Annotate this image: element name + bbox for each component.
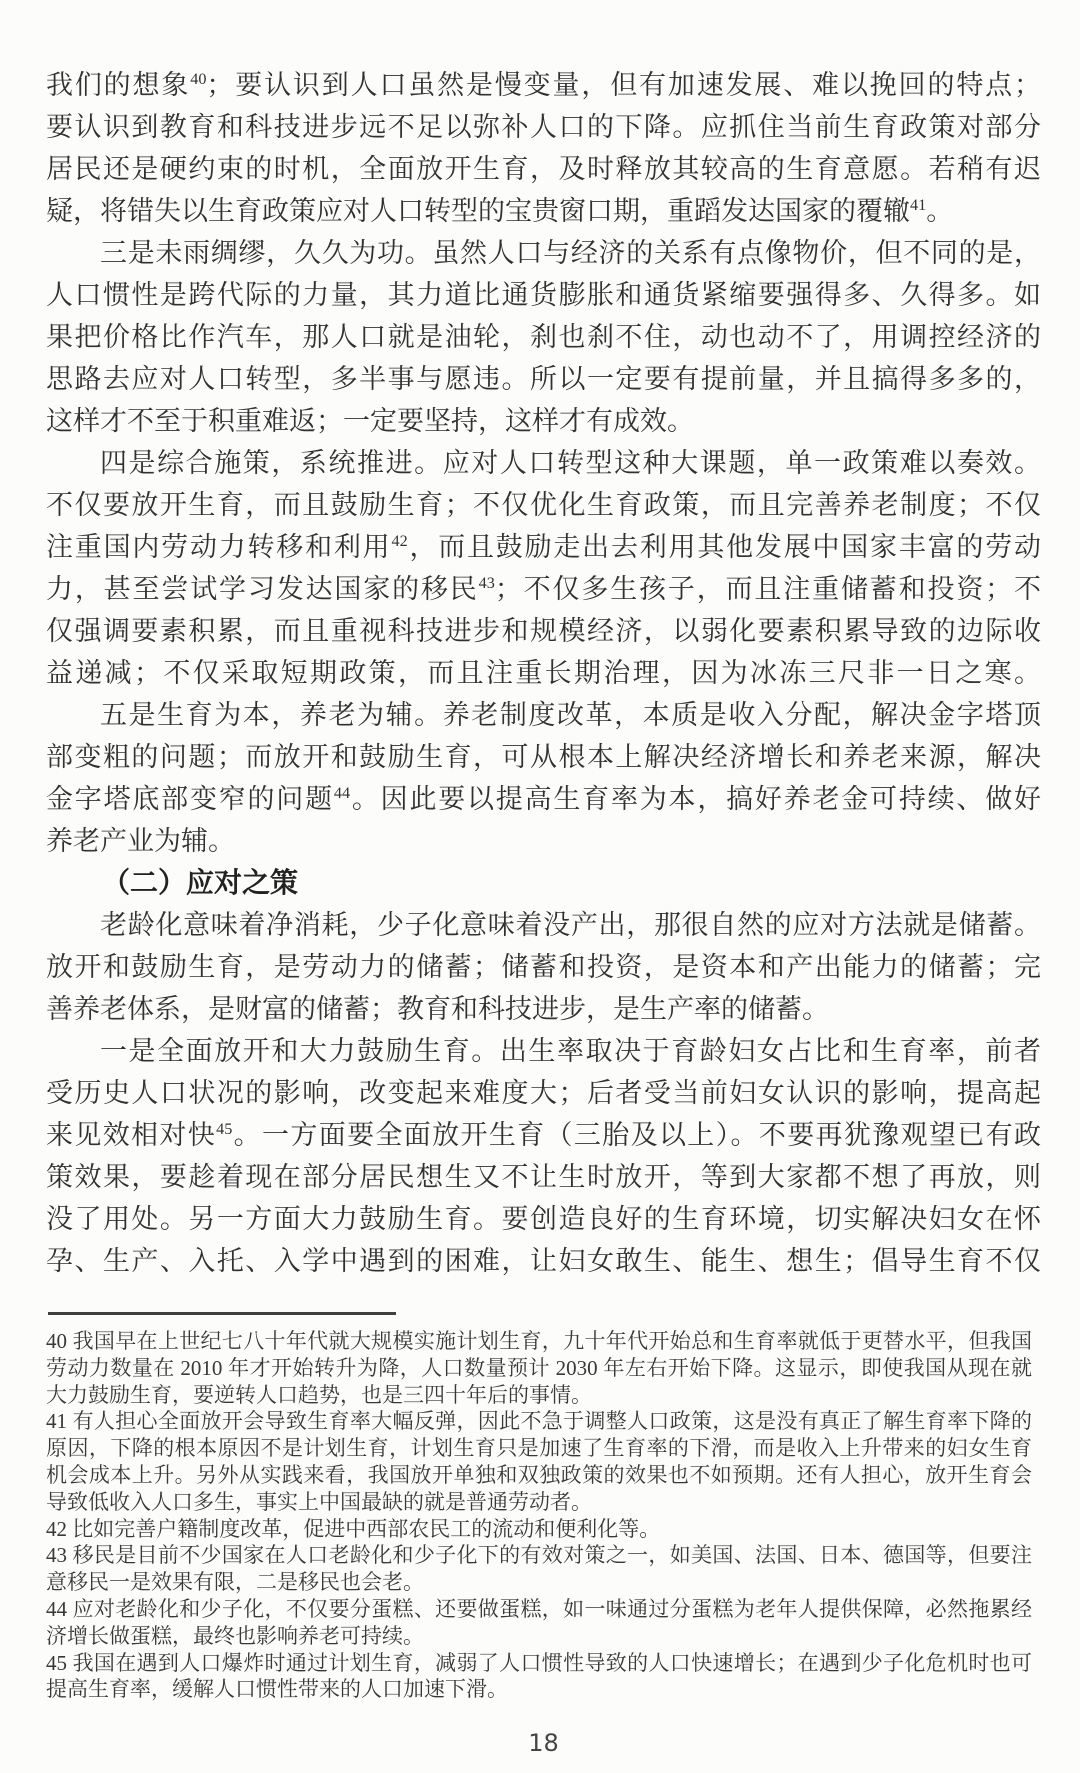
body-text-line: 四是综合施策，系统推进。应对人口转型这种大课题，单一政策难以奏效。 bbox=[46, 442, 1041, 484]
footnote-separator bbox=[48, 1312, 396, 1315]
section-heading: （二）应对之策 bbox=[46, 862, 1041, 904]
body-text-line: 仅强调要素积累，而且重视科技进步和规模经济，以弱化要素积累导致的边际收 bbox=[46, 610, 1041, 652]
body-text-line: 策效果，要趁着现在部分居民想生又不让生时放开，等到大家都不想了再放，则 bbox=[46, 1156, 1041, 1198]
footnote-reference: 44 bbox=[334, 784, 350, 802]
body-text-line: 一是全面放开和大力鼓励生育。出生率取决于育龄妇女占比和生育率，前者 bbox=[46, 1030, 1041, 1072]
footnote-line: 劳动力数量在 2010 年才开始转升为降，人口数量预计 2030 年左右开始下降… bbox=[46, 1355, 1032, 1382]
footnote-reference: 40 bbox=[190, 70, 206, 88]
body-text-line: 五是生育为本，养老为辅。养老制度改革，本质是收入分配，解决金字塔顶 bbox=[46, 694, 1041, 736]
body-text-line: 放开和鼓励生育，是劳动力的储蓄；储蓄和投资，是资本和产出能力的储蓄；完 bbox=[46, 946, 1041, 988]
footnote-reference: 42 bbox=[391, 532, 407, 550]
footnote-line: 41 有人担心全面放开会导致生育率大幅反弹，因此不急于调整人口政策，这是没有真正… bbox=[46, 1408, 1032, 1435]
body-text-line: 果把价格比作汽车，那人口就是油轮，刹也刹不住，动也动不了，用调控经济的 bbox=[46, 316, 1041, 358]
footnote-line: 导致低收入人口多生，事实上中国最缺的就是普通劳动者。 bbox=[46, 1489, 1032, 1516]
footnote-line: 40 我国早在上世纪七八十年代就大规模实施计划生育，九十年代开始总和生育率就低于… bbox=[46, 1328, 1032, 1355]
body-text-line: 部变粗的问题；而放开和鼓励生育，可从根本上解决经济增长和养老来源，解决 bbox=[46, 736, 1041, 778]
body-text: 我们的想象40；要认识到人口虽然是慢变量，但有加速发展、难以挽回的特点；要认识到… bbox=[46, 64, 1041, 1282]
footnote-line: 济增长做蛋糕，最终也影响养老可持续。 bbox=[46, 1623, 1032, 1650]
page-content: 我们的想象40；要认识到人口虽然是慢变量，但有加速发展、难以挽回的特点；要认识到… bbox=[0, 0, 1080, 1757]
footnote-line: 大力鼓励生育，要逆转人口趋势，也是三四十年后的事情。 bbox=[46, 1382, 1032, 1409]
body-text-line: 人口惯性是跨代际的力量，其力道比通货膨胀和通货紧缩要强得多、久得多。如 bbox=[46, 274, 1041, 316]
body-text-line: 不仅要放开生育，而且鼓励生育；不仅优化生育政策，而且完善养老制度；不仅 bbox=[46, 484, 1041, 526]
body-text-line: 力，甚至尝试学习发达国家的移民43；不仅多生孩子，而且注重储蓄和投资；不 bbox=[46, 568, 1041, 610]
footnote-line: 原因，下降的根本原因不是计划生育，计划生育只是加速了生育率的下滑，而是收入上升带… bbox=[46, 1435, 1032, 1462]
body-text-line: 注重国内劳动力转移和利用42，而且鼓励走出去利用其他发展中国家丰富的劳动 bbox=[46, 526, 1041, 568]
footnote-line: 机会成本上升。另外从实践来看，我国放开单独和双独政策的效果也不如预期。还有人担心… bbox=[46, 1462, 1032, 1489]
footnote-line: 42 比如完善户籍制度改革，促进中西部农民工的流动和便利化等。 bbox=[46, 1516, 1032, 1543]
page-number: 18 bbox=[46, 1729, 1041, 1757]
footnote-line: 提高生育率，缓解人口惯性带来的人口加速下滑。 bbox=[46, 1676, 1032, 1703]
body-text-line: 思路去应对人口转型，多半事与愿违。所以一定要有提前量，并且搞得多多的， bbox=[46, 358, 1041, 400]
body-text-line: 老龄化意味着净消耗，少子化意味着没产出，那很自然的应对方法就是储蓄。 bbox=[46, 904, 1041, 946]
footnote-line: 意移民一是效果有限，二是移民也会老。 bbox=[46, 1569, 1032, 1596]
footnote-line: 43 移民是目前不少国家在人口老龄化和少子化下的有效对策之一，如美国、法国、日本… bbox=[46, 1542, 1032, 1569]
body-text-line: 受历史人口状况的影响，改变起来难度大；后者受当前妇女认识的影响，提高起 bbox=[46, 1072, 1041, 1114]
document-page: 我们的想象40；要认识到人口虽然是慢变量，但有加速发展、难以挽回的特点；要认识到… bbox=[0, 0, 1080, 1773]
body-text-line: 没了用处。另一方面大力鼓励生育。要创造良好的生育环境，切实解决妇女在怀 bbox=[46, 1198, 1041, 1240]
body-text-line: 养老产业为辅。 bbox=[46, 820, 1041, 862]
body-text-line: 金字塔底部变窄的问题44。因此要以提高生育率为本，搞好养老金可持续、做好 bbox=[46, 778, 1041, 820]
footnote-reference: 41 bbox=[910, 196, 926, 214]
footnote-line: 45 我国在遇到人口爆炸时通过计划生育，减弱了人口惯性导致的人口快速增长；在遇到… bbox=[46, 1650, 1032, 1677]
body-text-line: 善养老体系，是财富的储蓄；教育和科技进步，是生产率的储蓄。 bbox=[46, 988, 1041, 1030]
body-text-line: 来见效相对快45。一方面要全面放开生育（三胎及以上）。不要再犹豫观望已有政 bbox=[46, 1114, 1041, 1156]
body-text-line: 孕、生产、入托、入学中遇到的困难，让妇女敢生、能生、想生；倡导生育不仅 bbox=[46, 1240, 1041, 1282]
body-text-line: 疑，将错失以生育政策应对人口转型的宝贵窗口期，重蹈发达国家的覆辙41。 bbox=[46, 190, 1041, 232]
body-text-line: 居民还是硬约束的时机，全面放开生育，及时释放其较高的生育意愿。若稍有迟 bbox=[46, 148, 1041, 190]
body-text-line: 益递减；不仅采取短期政策，而且注重长期治理，因为冰冻三尺非一日之寒。 bbox=[46, 652, 1041, 694]
footnote-reference: 43 bbox=[479, 574, 495, 592]
footnote-line: 44 应对老龄化和少子化，不仅要分蛋糕、还要做蛋糕，如一味通过分蛋糕为老年人提供… bbox=[46, 1596, 1032, 1623]
body-text-line: 这样才不至于积重难返；一定要坚持，这样才有成效。 bbox=[46, 400, 1041, 442]
footnotes: 40 我国早在上世纪七八十年代就大规模实施计划生育，九十年代开始总和生育率就低于… bbox=[46, 1328, 1041, 1703]
body-text-line: 要认识到教育和科技进步远不足以弥补人口的下降。应抓住当前生育政策对部分 bbox=[46, 106, 1041, 148]
body-text-line: 三是未雨绸缪，久久为功。虽然人口与经济的关系有点像物价，但不同的是， bbox=[46, 232, 1041, 274]
body-text-line: 我们的想象40；要认识到人口虽然是慢变量，但有加速发展、难以挽回的特点； bbox=[46, 64, 1041, 106]
footnote-reference: 45 bbox=[216, 1120, 232, 1138]
